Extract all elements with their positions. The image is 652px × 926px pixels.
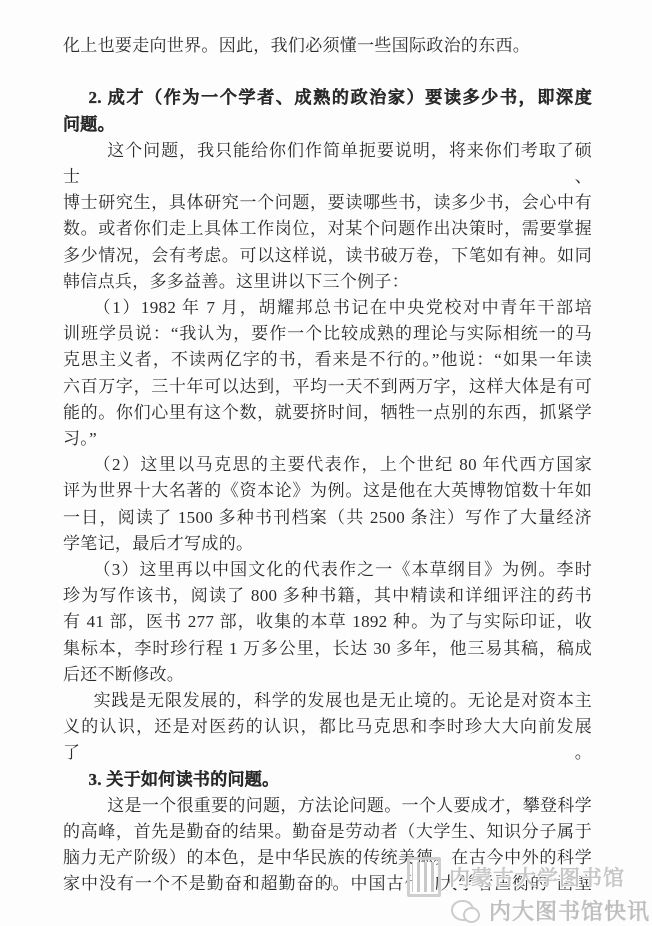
text-line: 这是一个很重要的问题，方法论问题。一个人要成才，攀登科学 <box>63 793 592 819</box>
text-line: 六百万字，三十年可以达到，平均一天不到两万字，这样大体是有可 <box>63 374 592 400</box>
text-line: 3. 关于如何读书的问题。 <box>63 767 592 793</box>
text-line: 数。或者你们走上具体工作岗位，对某个问题作出决策时，需要掌握 <box>63 216 592 242</box>
text-line: 习。” <box>63 426 592 452</box>
page-number: 11 <box>320 875 338 890</box>
text-line: 训班学员说：“我认为，要作一个比较成熟的理论与实际相统一的马 <box>63 321 592 347</box>
text-line: 这个问题，我只能给你们作简单扼要说明，将来你们考取了硕士、 <box>63 138 592 190</box>
text-line: 集标本，李时珍行程 1 万多公里，长达 30 多年，他三易其稿，稿成 <box>63 636 592 662</box>
text-line: 2. 成才（作为一个学者、成熟的政治家）要读多少书，即深度 <box>63 85 592 111</box>
text-line: 一日，阅读了 1500 多种书刊档案（共 2500 条注）写作了大量经济 <box>63 505 592 531</box>
text-line: 有 41 部，医书 277 部，收集的本草 1892 种。为了与实际印证，收 <box>63 609 592 635</box>
text-line: 问题。 <box>63 112 592 138</box>
text-line: 化上也要走向世界。因此，我们必须懂一些国际政治的东西。 <box>63 33 592 59</box>
watermark-account-row: 内大图书馆快讯 <box>451 895 650 926</box>
text-line: 的高峰，首先是勤奋的结果。勤奋是劳动者（大学生、知识分子属于 <box>63 819 592 845</box>
text-line: （3）这里再以中国文化的代表作之一《本草纲目》为例。李时 <box>63 557 592 583</box>
text-line: 韩信点兵，多多益善。这里讲以下三个例子： <box>63 269 592 295</box>
watermark: 内蒙古大学图书馆 内大图书馆快讯 <box>407 857 650 926</box>
text-line: （1）1982 年 7 月，胡耀邦总书记在中央党校对中青年干部培 <box>63 295 592 321</box>
text-line: 评为世界十大名著的《资本论》为例。这是他在大英博物馆数十年如 <box>63 478 592 504</box>
blank-line <box>63 59 592 85</box>
text-line: 克思主义者，不读两亿字的书，看来是不行的。”他说：“如果一年读 <box>63 347 592 373</box>
text-line: 博士研究生，具体研究一个问题，要读哪些书，读多少书，会心中有 <box>63 190 592 216</box>
text-line: 能的。你们心里有这个数，就要挤时间，牺牲一点别的东西，抓紧学 <box>63 400 592 426</box>
text-line: 学笔记，最后才写成的。 <box>63 531 592 557</box>
text-line: 后还不断修改。 <box>63 662 592 688</box>
text-line: 实践是无限发展的，科学的发展也是无止境的。无论是对资本主 <box>63 688 592 714</box>
text-line: 珍为写作该书，阅读了 800 多种书籍，其中精读和详细评注的药书 <box>63 583 592 609</box>
text-line: 义的认识，还是对医药的认识，都比马克思和李时珍大大向前发展了。 <box>63 714 592 766</box>
watermark-library-row: 内蒙古大学图书馆 <box>407 857 625 897</box>
text-line: 多少情况，会有考虑。可以这样说，读书破万卷，下笔如有神。如同 <box>63 243 592 269</box>
wechat-icon <box>451 898 481 924</box>
watermark-library-name: 内蒙古大学图书馆 <box>449 862 625 892</box>
watermark-account-name: 内大图书馆快讯 <box>489 895 650 926</box>
library-seal-icon <box>407 857 441 897</box>
text-block: 化上也要走向世界。因此，我们必须懂一些国际政治的东西。2. 成才（作为一个学者、… <box>63 33 592 898</box>
text-line: （2）这里以马克思的主要代表作，上个世纪 80 年代西方国家 <box>63 452 592 478</box>
document-page: 化上也要走向世界。因此，我们必须懂一些国际政治的东西。2. 成才（作为一个学者、… <box>0 0 652 926</box>
